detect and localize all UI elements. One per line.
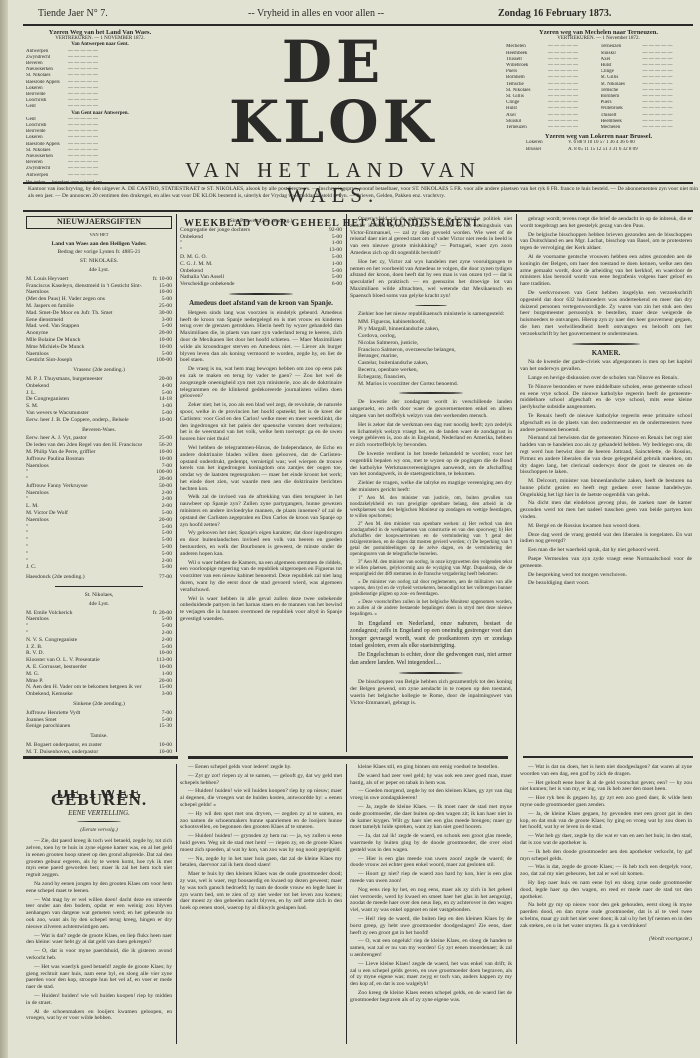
donor-name: J. Z. B.	[26, 644, 142, 651]
donor-name: Onbekend, Kemseke	[26, 691, 142, 698]
donation-row: Onbekend4-00	[26, 383, 172, 390]
paragraph: — O, dat is voor myne paerdshuid, die ik…	[26, 948, 172, 962]
column-donations: NIEUWJAERSGIFTEN VAN HET Land van Waes a…	[26, 216, 172, 756]
section-rule	[188, 756, 508, 759]
donor-name: De Congreganisten	[26, 396, 142, 403]
donation-list: M. Emile Volckerickfr. 20-00Naemloos5-00…	[26, 610, 172, 698]
timetable-rows: LokerenV. 6 88 9 10 10 57 1 36 4 36 6 00…	[506, 140, 691, 152]
minister-item: MM. Figueras, kabinetshoofd,	[358, 319, 512, 326]
donor-name: N. V. S. Congreganiste	[26, 637, 142, 644]
donation-amount: 113-00	[142, 657, 172, 664]
donation-row: (Met den Paus) H. Vader zegen ons5-00	[26, 296, 172, 303]
paragraph: — Zie, dat paerd kreeg ik toch wel betae…	[26, 838, 172, 879]
column-divider	[176, 764, 177, 1044]
column-divider	[516, 214, 517, 1044]
paragraph: — Het gelooft eene boer ik al de geld vo…	[520, 780, 692, 794]
donation-amount: 2-00	[142, 630, 172, 637]
ornament-divider	[399, 672, 464, 674]
paragraph: De kwestie der zondagrust wordt in versc…	[350, 399, 512, 419]
donor-name: M. Louis Heyvaert	[26, 276, 142, 283]
column-amedeus: Sint Pauwels (2de zending.) Congregatie …	[180, 216, 342, 756]
donation-list: M. Louis Heyvaertfr. 10-00Franciscus Kas…	[26, 276, 172, 364]
paragraph: — Het was waerlyk goed betaeld! zegde de…	[26, 964, 172, 991]
paragraph: Paepe Vermeulen van zyn zyde vraegt eene…	[520, 556, 692, 570]
donation-row: Naemloos5-00	[26, 616, 172, 623]
donation-row: "2-00	[26, 630, 172, 637]
donation-amount: 1-00	[142, 403, 172, 410]
donation-row: M. Louis Heyvaertfr. 10-00	[26, 276, 172, 283]
donation-row: Mad. Smet-De Moor en Jufr. Th. Smet30-00	[26, 310, 172, 317]
donor-name: (Met den Paus) H. Vader zegen ons	[26, 296, 142, 303]
donation-row: M. Bogaert onderpastor, en zuster10-00	[26, 742, 172, 749]
paragraph: Maer te huis by den kleinen Klaes was de…	[180, 871, 342, 912]
article-body: De kwestie der zondagrust wordt in versc…	[350, 399, 512, 493]
donor-name: "	[26, 558, 142, 565]
donor-name: "	[26, 524, 142, 531]
ornament-divider	[572, 343, 641, 345]
donation-row: Van wevers te Wacsmunster5-00	[26, 410, 172, 417]
paragraph: De Engelschman is echter, door die gedwo…	[350, 652, 512, 667]
donation-row: Eenige parochianen15-30	[26, 723, 172, 730]
donation-row: Haesdonck (2de zending.) 77-00	[26, 574, 172, 581]
donation-amount: 2-00	[142, 503, 172, 510]
donation-row: Eene dienstmeid3-00	[26, 317, 172, 324]
minister-item: Echegaray, financien,	[358, 374, 512, 381]
paragraph: « Deze voorschriften zullen in het belgi…	[350, 600, 512, 618]
donation-row: M. P. J. Thuysmans, burgemeester20-00	[26, 376, 172, 383]
donation-amount: 7-00	[142, 710, 172, 717]
paragraph: — Nu, zegde hy in het naer huis gaen, da…	[180, 856, 342, 870]
donation-amount: 1-00	[312, 261, 342, 268]
donor-name: De leden van den 2den Regel van den H. F…	[26, 442, 142, 449]
ministry-intro: Ziehier hoe het nieuw republikaensch min…	[350, 311, 512, 318]
article-body: In Engeland en Nederland, onze naburen, …	[350, 621, 512, 667]
story-column-1: DE TWEE GEBUREN. EENE VERTELLING. (Eerst…	[26, 790, 172, 1052]
donor-name: Eerw. heer J. B. De Coppere, onderp., Be…	[26, 417, 142, 424]
donor-name: Klooster van O. L. V. Presentatie	[26, 657, 142, 664]
donor-name: S. M.	[26, 403, 142, 410]
minister-item: Cordova, oorlog,	[358, 333, 512, 340]
paragraph: — Was is dat, zegde de groote Klaes; — i…	[520, 864, 692, 878]
donation-amount: 56-20	[142, 442, 172, 449]
paragraph: Na dicht men dat eindeloos gevoeg plus, …	[520, 500, 692, 520]
station-name: Mechelen	[601, 125, 643, 131]
donation-amount: fr. 10-00	[142, 276, 172, 283]
minister-item: Beranger, marine,	[358, 353, 512, 360]
donation-row: Onbekend5-00	[180, 268, 342, 275]
motto: -- Vryheid in alles en voor allen --	[248, 8, 384, 19]
notice-rule	[23, 210, 693, 212]
donation-amount: 3-00	[142, 691, 172, 698]
story-sequel: (Eerste vervolg.)	[26, 827, 172, 834]
donation-row: M. Victor De Wolf5-00	[26, 510, 172, 517]
donation-row: Onbekend5-00	[180, 234, 342, 241]
column-divider	[346, 764, 347, 1044]
minister-item: Nicolas Salmeron, justicie,	[358, 340, 512, 347]
paragraph: — Wat mag hy er wel willen doen! dacht d…	[26, 897, 172, 931]
donation-amount: 20-00	[142, 517, 172, 524]
donation-row: N. Aen den H. Vader om te bekomen hetgee…	[26, 684, 172, 691]
donation-amount: 5-00	[142, 717, 172, 724]
story-title: DE TWEE GEBUREN.	[26, 790, 172, 804]
donation-amount: 3-00	[142, 317, 172, 324]
paragraph: — Ja, zegde de kleine Klaes. — Ik moet n…	[350, 804, 512, 831]
story-body: Na hebt gy my op nieuw voor den gek geho…	[520, 902, 692, 929]
paragraph: — O, wat een ongeluk! riep de kleine Kla…	[350, 938, 512, 958]
donor-name: Eerw. heer A. J. Vyt, pastor	[26, 435, 142, 442]
donation-list: Juffrouw Henriette Vydt7-00Joannes Smet5…	[26, 710, 172, 730]
donation-amount: 1-00	[142, 671, 172, 678]
donation-row: Naemloos5-00	[26, 351, 172, 358]
donation-amount: 5-00	[142, 623, 172, 630]
timetable-row: Terneuzen— — — — —	[506, 125, 597, 131]
story-column-4: — Wat is dat nu doen, het is hem niet do…	[520, 764, 692, 1054]
station-times: — — — — —	[548, 125, 578, 131]
timetable-row: BrusselA. 8 05 11 15 12 51 3 31 6 32 8 0…	[506, 147, 691, 153]
donor-name: Haesdonck (2de zending.)	[26, 574, 142, 581]
column-divider	[176, 214, 177, 752]
paragraph: Zeker niet; het is, zoo als een blad wel…	[180, 402, 342, 443]
donation-row: Gesticht Sint-Joseph100-00	[26, 357, 172, 364]
donation-row: Juffrouw Fanny Verkruysse50-00	[26, 483, 172, 490]
donor-name: "	[26, 551, 142, 558]
donation-amount: 10-00	[142, 664, 172, 671]
paragraph: Te Ninove bestonden er twee middelbare s…	[520, 384, 692, 411]
donation-row: "2-00	[26, 496, 172, 503]
donation-row: M. Emile Volckerickfr. 20-00	[26, 610, 172, 617]
donation-amount: 5-00	[142, 323, 172, 330]
donor-name: L. M.	[26, 503, 142, 510]
donor-name: A. E. Gorrusset, bestuerder	[26, 664, 142, 671]
place-heading: ST. NIKOLAES.	[26, 258, 172, 265]
donor-name: Juffrouw Paulina Bosman	[26, 456, 142, 463]
minister-list: MM. Figueras, kabinetshoofd,Pi y Margall…	[350, 319, 512, 387]
donation-row: J. L.5-00	[26, 390, 172, 397]
paragraph: De waerd had zeer veel geld; hy was ook …	[350, 773, 512, 787]
donation-amount: 5-00	[142, 530, 172, 537]
minister-item: Becerra, openbare werken,	[358, 367, 512, 374]
donor-name: Naemloos	[26, 463, 142, 470]
donor-name: M. Emile Volckerick	[26, 610, 142, 617]
donation-row: Juffrouw Henriette Vydt7-00	[26, 710, 172, 717]
donation-amount: 20-00	[142, 376, 172, 383]
donation-amount: 6-00	[312, 281, 342, 288]
paragraph: Na hebt gy my op nieuw voor den gek geho…	[520, 902, 692, 929]
paragraph: Deze dag werd de vraeg gesteld wat den l…	[520, 532, 692, 546]
place-heading: St. Nikolaes,	[26, 592, 172, 599]
donor-name: "	[26, 537, 142, 544]
timetable-waes: Yzeren Weg van het Land Van Waes. VERTRE…	[26, 30, 174, 185]
top-bar: Tiende Jaer N° 7. -- Vryheid in alles en…	[8, 8, 700, 24]
donation-row: D. M. G. O.5-00	[180, 254, 342, 261]
donation-row: "2-00	[26, 558, 172, 565]
story-column-2: — Eenen schepel gelds voor iedere! zegde…	[180, 764, 342, 1052]
donor-name: "	[26, 469, 142, 476]
donation-amount: 5-00	[142, 537, 172, 544]
newspaper-title: DE KLOK	[168, 32, 498, 152]
donation-row: Onbekend, Kemseke3-00	[26, 691, 172, 698]
donation-row: "13-00	[180, 247, 342, 254]
paragraph: Wil o waer hebben de Kamers, na een alge…	[180, 560, 342, 594]
donor-name: Mad. Smet-De Moor en Jufr. Th. Smet	[26, 310, 142, 317]
page-binding-edge	[0, 0, 8, 1058]
donor-name: Juffrouw Henriette Vydt	[26, 710, 142, 717]
donation-row: M. G.1-00	[26, 671, 172, 678]
station-times: — — — — —	[68, 173, 98, 179]
donor-name: Mlle Bolaine De Munck	[26, 337, 142, 344]
donation-amount: 20-00	[142, 330, 172, 337]
donation-amount: 25-00	[142, 435, 172, 442]
paragraph: 3° Aen M. den minister van oorlog, in on…	[350, 560, 512, 578]
paragraph: Na zond hy eenen jongen by den grooten K…	[26, 881, 172, 895]
paragraph: De belgische bisschoppen hebben brieven …	[520, 232, 692, 252]
donation-amount: 5-00	[312, 254, 342, 261]
timetable-mechelen: Yzeren weg van Mechelen naar Terneuzen. …	[506, 30, 691, 153]
donor-name: Naemloos	[26, 490, 142, 497]
issue-date: Zondag 16 February 1873.	[498, 8, 611, 19]
donation-amount: 77-00	[142, 574, 172, 581]
donor-name: "	[26, 476, 142, 483]
donation-amount: 5-00	[142, 551, 172, 558]
paragraph: gebragt wordt; tevens roept die brief de…	[520, 216, 692, 230]
donor-name: M. Bogaert onderpastor, en zuster	[26, 742, 142, 749]
donor-name: Naemloos	[26, 351, 142, 358]
donations-subheading: Land van Waes aan den Heiligen Vader.	[26, 241, 172, 248]
donation-row: Eerw. heer J. B. De Coppere, onderp., Be…	[26, 417, 172, 424]
donation-row: C. G. J. M. M.1-00	[180, 261, 342, 268]
donation-row: M. T. Duisenhoven, onderpastor10-00	[26, 749, 172, 756]
previous-total: Bedrag der vorige Lysten fr. 4885-21	[26, 249, 172, 256]
paragraph: — Ja, dat zal ik! zegde de waerd, en sch…	[350, 833, 512, 853]
donation-amount: 30-00	[142, 310, 172, 317]
donor-name: Franciscus Kaseleyn, dienstmeid in 't Ge…	[26, 283, 142, 290]
donor-name: Onbekend	[180, 268, 312, 275]
donation-row: J. Z. B.5-00	[26, 644, 172, 651]
paragraph: In Engeland en Nederland, onze naburen, …	[350, 621, 512, 651]
place-heading: Vrasenc (2de zending.)	[26, 367, 172, 374]
donation-row: M. Jaspers en familie25-00	[26, 303, 172, 310]
donation-amount: 10-00	[142, 749, 172, 756]
timetable-rows: Antwerpen— — — — —Zwyndrecht— — — — —Bev…	[26, 49, 174, 111]
donor-name: Mme Michiels-De Munck	[26, 344, 142, 351]
article-body: Na de kwestie der garde-civiek was afges…	[520, 359, 692, 587]
donation-row: Anonyme20-00	[26, 330, 172, 337]
place-heading: Sint Pauwels (2de zending.)	[180, 218, 342, 225]
donor-name: N. Aen den H. Vader om te bekomen hetgee…	[26, 684, 142, 691]
donation-amount: 5-00	[142, 544, 172, 551]
donation-amount: 5-00	[312, 268, 342, 275]
donation-amount: 2-00	[142, 496, 172, 503]
column-news: gebragt wordt; tevens roept die brief de…	[520, 216, 692, 756]
timetable-rows: Gent— — — — —Loochristi— — — — —Beirveld…	[26, 117, 174, 179]
minister-item: M. Marios is voorzitter der Cortez benoe…	[358, 381, 512, 388]
donation-row: "5-00	[26, 524, 172, 531]
continued-note: (Wordt voortgezet.)	[520, 936, 692, 943]
donation-amount: 10-00	[142, 417, 172, 424]
story-body: — Zie, dat paerd kreeg ik toch wel betae…	[26, 838, 172, 1022]
paragraph: kleine Klaes stil, en ging binnen om een…	[350, 764, 512, 771]
paragraph: Te Renaix heeft de nieuwe katholyke rege…	[520, 413, 692, 433]
donation-amount: 10-00	[142, 449, 172, 456]
station-times: — — — — —	[643, 125, 673, 131]
donor-name: Onbekend	[26, 383, 142, 390]
divider	[55, 586, 143, 587]
donor-name: Onbekend	[180, 234, 312, 241]
donor-name: Mme P.	[26, 678, 142, 685]
donation-row: Klooster van O. L. V. Presentatie113-00	[26, 657, 172, 664]
paragraph: Wy gelooven het niet; Spanje's eigen kar…	[180, 530, 342, 557]
paragraph: Hetgeen sinds lang was voorzien is einde…	[180, 310, 342, 364]
paragraph: Al de schoenmakers en looijers kwamen ge…	[26, 1009, 172, 1023]
newspaper-page: Tiende Jaer N° 7. -- Vryheid in alles en…	[8, 0, 700, 1058]
story-body: kleine Klaes stil, en ging binnen om een…	[350, 764, 512, 1004]
donation-amount: 5-00	[142, 644, 172, 651]
donor-name: Nathalia Van Assell	[180, 274, 312, 281]
donation-amount: 4-00	[142, 383, 172, 390]
donation-amount: 100-00	[142, 357, 172, 364]
donation-row: Naemloos10-00	[26, 289, 172, 296]
paragraph: Lange en hevige diskussien over de schol…	[520, 375, 692, 382]
donation-row: Naemloos20-00	[26, 517, 172, 524]
donation-amount: 10-00	[142, 289, 172, 296]
donation-amount: 14-18	[142, 396, 172, 403]
masthead-rule	[23, 182, 693, 184]
donation-row: "5-00	[26, 551, 172, 558]
paragraph: — Hei! riep de waerd, die buiten liep en…	[350, 916, 512, 936]
paragraph: — Hy wil den spot met ons dryven, — zegd…	[180, 811, 342, 831]
donor-name: R. V. D.	[26, 650, 142, 657]
station-times: — — — — —	[68, 104, 98, 110]
paragraph: — Wat is dat? zegde de groote Klaes, en …	[26, 933, 172, 947]
donation-amount: 92-00	[312, 227, 342, 234]
donation-row: Mme P.20-00	[26, 678, 172, 685]
article-body: Hetgeen sinds lang was voorzien is einde…	[180, 310, 342, 623]
donation-amount: 5-00	[142, 410, 172, 417]
donation-amount: 10-00	[142, 650, 172, 657]
article-title: Amedeus doet afstand van de kroon van Sp…	[180, 300, 342, 307]
paragraph: Zoo kreeg de kleine Klaes eenen schepel …	[350, 990, 512, 1004]
donation-row: "5-00	[26, 537, 172, 544]
donation-row: M. Philip Van de Perre, griffier10-00	[26, 449, 172, 456]
donation-row: Eerw. heer A. J. Vyt, pastor25-00	[26, 435, 172, 442]
donor-name: M. T. Duisenhoven, onderpastor	[26, 749, 142, 756]
donation-row: A. E. Gorrusset, bestuerder10-00	[26, 664, 172, 671]
paragraph: M. Bergé en de Rossius kwamen hun woord …	[520, 523, 692, 530]
paragraph: De kwestie verdient in het breede behand…	[350, 451, 512, 478]
donation-amount: 20-00	[142, 678, 172, 685]
donor-name: Eene dienstmeid	[26, 317, 142, 324]
paragraph: — Wat heb gy daer, zegde hy die wat er v…	[520, 833, 692, 847]
section-rule	[23, 756, 178, 759]
donation-list: M. P. J. Thuysmans, burgemeester20-00Onb…	[26, 376, 172, 424]
station-name: Gent	[26, 104, 68, 110]
donation-amount: 5-00	[142, 616, 172, 623]
station-name: Antwerpen	[26, 173, 68, 179]
paragraph: Ziehier de vragen, welke die talryke en …	[350, 480, 512, 494]
paragraph: De bezoldiging daert voort.	[520, 580, 692, 587]
ornament-divider	[229, 293, 294, 295]
paragraph: Nog eens riep hy het, en nog eens, maer …	[350, 887, 512, 914]
donation-row: "5-00	[26, 530, 172, 537]
donor-name: Eenige parochianen	[26, 723, 142, 730]
donor-name: Naemloos	[26, 289, 142, 296]
paragraph: Hoe het zy, Victor zal wys handelen met …	[350, 259, 512, 300]
paragraph: Welk zal de invloed van de aftrekking va…	[180, 494, 342, 528]
list-number: 4de Lyst.	[26, 267, 172, 274]
donation-row: Juffrouw Paulina Bosman10-00	[26, 456, 172, 463]
donation-amount: fr. 20-00	[142, 610, 172, 617]
donation-amount: 2-00	[142, 558, 172, 565]
article-body: Ongetwyfeld zal de gebeurtenis op de Eur…	[350, 216, 512, 300]
paragraph: — Huiden! huiden! wie wil huiden koopen?…	[180, 788, 342, 808]
donation-amount: 2-00	[142, 637, 172, 644]
paragraph: — Hoe ryk ben ik gegaen hy, gy zyt een z…	[520, 795, 692, 809]
donation-list: M. Bogaert onderpastor, en zuster10-00M.…	[26, 742, 172, 756]
divider	[415, 305, 447, 306]
place-heading: Tamise.	[26, 733, 172, 740]
kamer-title: KAMER.	[520, 350, 692, 357]
paragraph: De werkvrouwen van Gent hebben insgelyks…	[520, 290, 692, 338]
paragraph: M. Delcourt, minister van binnenlandsche…	[520, 478, 692, 498]
paragraph: — Huiden! huiden! — grynsden zy hem na: …	[180, 833, 342, 853]
story-subtitle: EENE VERTELLING.	[26, 810, 172, 817]
donation-amount: 7-00	[142, 463, 172, 470]
paragraph: Al de voorname gentsche vrouwen hebben e…	[520, 254, 692, 288]
donation-row: Mlle Bolaine De Munck10-00	[26, 337, 172, 344]
donation-row: "5-00	[26, 623, 172, 630]
timetable-rows: Terneuzen— — — — —Sluiskil— — — — —Axel—…	[601, 44, 692, 131]
place-heading: Beveren-Waes.	[26, 427, 172, 434]
station-name: Brussel	[526, 147, 568, 153]
paragraph: — Huiden! huiden! wie wil huiden koopen!…	[26, 993, 172, 1007]
station-name: Terneuzen	[506, 125, 548, 131]
story-column-3: kleine Klaes stil, en ging binnen om een…	[350, 764, 512, 1052]
paragraph: 2° Aen M. den minister van openbare werk…	[350, 522, 512, 558]
donation-amount: 15-00	[142, 684, 172, 691]
donation-row: Mad. wed. Van Stappen5-00	[26, 323, 172, 330]
paragraph: — Goeden morgend, zegde hy tot den klein…	[350, 788, 512, 802]
donor-name: "	[26, 623, 142, 630]
place-heading: Sinkene (2de zending.)	[26, 701, 172, 708]
donor-name: Naemloos	[26, 517, 142, 524]
donation-amount: 1-00	[312, 240, 342, 247]
donation-list: Eerw. heer A. J. Vyt, pastor25-00De lede…	[26, 435, 172, 571]
donor-name: D. M. G. O.	[180, 254, 312, 261]
donor-name: "	[26, 544, 142, 551]
divider	[77, 821, 121, 822]
top-rule	[23, 24, 693, 26]
donor-name: J. C.	[26, 564, 142, 571]
paragraph: Wel is waer hebben in alle geval zullen …	[180, 596, 342, 623]
donation-amount: 5-00	[142, 524, 172, 531]
donation-amount: 15-00	[142, 283, 172, 290]
donation-row: N. V. S. Congreganiste2-00	[26, 637, 172, 644]
donor-name: "	[26, 530, 142, 537]
donation-row: "100-00	[26, 469, 172, 476]
donation-amount: 2-00	[142, 490, 172, 497]
section-rule	[523, 756, 693, 758]
paragraph: Ongetwyfeld zal de gebeurtenis op de Eur…	[350, 216, 512, 257]
paragraph: Het is zeker dat de werkman een dag rust…	[350, 422, 512, 449]
minister-item: Francisco Salmeron, overzeesche belangen…	[358, 347, 512, 354]
donor-name: Verscheidige onbekende	[180, 281, 312, 288]
donation-amount: 10-00	[142, 456, 172, 463]
list-number: 4de Lyst.	[26, 601, 172, 608]
article-body: gebragt wordt; tevens roept die brief de…	[520, 216, 692, 338]
donation-row: Mme Michiels-De Munck10-00	[26, 344, 172, 351]
donation-row: R. V. D.10-00	[26, 650, 172, 657]
column-politics: Ongetwyfeld zal de gebeurtenis op de Eur…	[350, 216, 512, 756]
